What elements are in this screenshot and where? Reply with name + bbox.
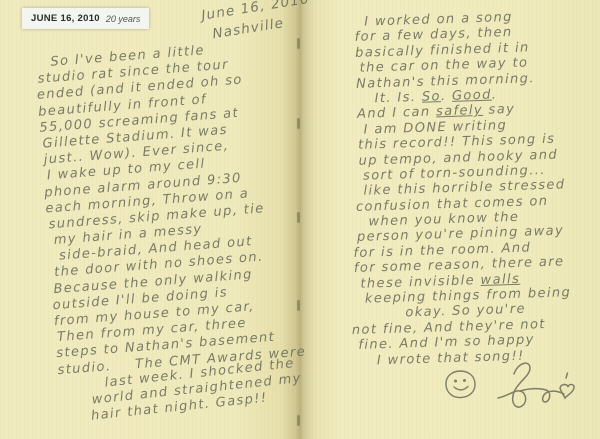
date-label: JUNE 16, 2010 20 years — [22, 8, 149, 29]
journal-spread: JUNE 16, 2010 20 years June 16, 2010 Nas… — [0, 0, 600, 439]
spine-stitch — [297, 415, 300, 426]
spine-stitch — [297, 38, 300, 49]
left-page-text: So I've been a little studio rat since t… — [34, 37, 310, 427]
label-age-text: 20 years — [106, 14, 141, 24]
spine-stitch — [297, 212, 300, 223]
label-date-text: JUNE 16, 2010 — [31, 13, 100, 24]
signature-icon — [484, 358, 584, 422]
doodle-area — [436, 358, 586, 422]
smiley-face-icon — [442, 368, 480, 404]
spine-stitch — [297, 118, 300, 129]
right-page-text: I worked on a song for a few days, then … — [318, 8, 573, 369]
journal-scan: { "label": { "date": "JUNE 16, 2010", "a… — [0, 0, 600, 439]
